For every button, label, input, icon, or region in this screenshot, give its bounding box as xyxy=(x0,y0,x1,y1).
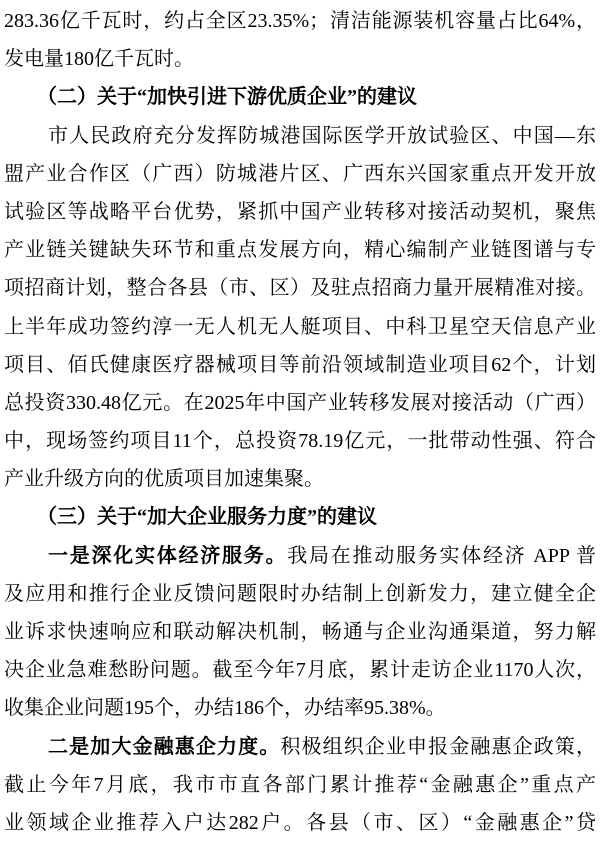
text-segment: 及应用和推行企业反馈问题限时办结制上创新发力，建立健全企 xyxy=(4,583,596,605)
text-segment: 产业链关键缺失环节和重点发展方向，精心编制产业链图谱与专 xyxy=(4,239,596,261)
text-segment: 决企业急难愁盼问题。截至今年7月底，累计走访企业1170人次， xyxy=(4,659,596,681)
text-line: 283.36亿千瓦时，约占全区23.35%；清洁能源装机容量占比64%， xyxy=(4,2,596,40)
text-segment: 总投资330.48亿元。在2025年中国产业转移发展对接活动（广西） xyxy=(4,392,596,414)
text-segment: 283.36亿千瓦时，约占全区23.35%；清洁能源装机容量占比64%， xyxy=(4,10,596,32)
text-line: 产业链关键缺失环节和重点发展方向，精心编制产业链图谱与专 xyxy=(4,231,596,269)
text-line: 上半年成功签约淳一无人机无人艇项目、中科卫星空天信息产业 xyxy=(4,308,596,346)
text-line: 业领域企业推荐入户达282户。各县（市、区）“金融惠企”贷 xyxy=(4,804,596,842)
text-segment: 中，现场签约项目11个，总投资78.19亿元，一批带动性强、符合 xyxy=(4,430,596,452)
text-line: 项目、佰氏健康医疗器械项目等前沿领域制造业项目62个，计划 xyxy=(4,346,596,384)
bold-text-segment: （三）关于“加大企业服务力度”的建议 xyxy=(37,506,377,528)
section-heading: （二）关于“加快引进下游优质企业”的建议 xyxy=(4,78,596,116)
bold-text-segment: 一是深化实体经济服务。 xyxy=(48,545,287,567)
text-segment: 发电量180亿千瓦时。 xyxy=(4,48,194,70)
text-line: 决企业急难愁盼问题。截至今年7月底，累计走访企业1170人次， xyxy=(4,651,596,689)
text-segment: 盟产业合作区（广西）防城港片区、广西东兴国家重点开发开放 xyxy=(4,163,596,185)
bold-text-segment: （二）关于“加快引进下游优质企业”的建议 xyxy=(37,86,417,108)
text-line: 中，现场签约项目11个，总投资78.19亿元，一批带动性强、符合 xyxy=(4,422,596,460)
text-segment: 业领域企业推荐入户达282户。各县（市、区）“金融惠企”贷 xyxy=(4,812,596,834)
document-body: 283.36亿千瓦时，约占全区23.35%；清洁能源装机容量占比64%，发电量1… xyxy=(4,2,596,842)
text-segment: 积极组织企业申报金融惠企政策， xyxy=(280,736,596,758)
text-segment: 业诉求快速响应和联动解决机制，畅通与企业沟通渠道，努力解 xyxy=(4,621,596,643)
text-segment: 市人民政府充分发挥防城港国际医学开放试验区、中国—东 xyxy=(48,125,596,147)
text-segment: 上半年成功签约淳一无人机无人艇项目、中科卫星空天信息产业 xyxy=(4,316,596,338)
text-line: 发电量180亿千瓦时。 xyxy=(4,40,596,78)
text-segment: 试验区等战略平台优势，紧抓中国产业转移对接活动契机，聚焦 xyxy=(4,201,596,223)
text-line: 总投资330.48亿元。在2025年中国产业转移发展对接活动（广西） xyxy=(4,384,596,422)
text-segment: 项目、佰氏健康医疗器械项目等前沿领域制造业项目62个，计划 xyxy=(4,354,596,376)
text-line: 业诉求快速响应和联动解决机制，畅通与企业沟通渠道，努力解 xyxy=(4,613,596,651)
document-page: 283.36亿千瓦时，约占全区23.35%；清洁能源装机容量占比64%，发电量1… xyxy=(0,0,603,844)
text-line: 二是加大金融惠企力度。积极组织企业申报金融惠企政策， xyxy=(4,728,596,766)
text-line: 市人民政府充分发挥防城港国际医学开放试验区、中国—东 xyxy=(4,117,596,155)
text-line: 及应用和推行企业反馈问题限时办结制上创新发力，建立健全企 xyxy=(4,575,596,613)
text-segment: 产业升级方向的优质项目加速集聚。 xyxy=(4,468,324,490)
text-segment: 项招商计划，整合各县（市、区）及驻点招商力量开展精准对接。 xyxy=(4,277,596,299)
bold-text-segment: 二是加大金融惠企力度。 xyxy=(48,736,280,758)
text-line: 截止今年7月底，我市市直各部门累计推荐“金融惠企”重点产 xyxy=(4,766,596,804)
text-line: 产业升级方向的优质项目加速集聚。 xyxy=(4,460,596,498)
text-line: 盟产业合作区（广西）防城港片区、广西东兴国家重点开发开放 xyxy=(4,155,596,193)
text-line: 收集企业问题195个，办结186个，办结率95.38%。 xyxy=(4,689,596,727)
text-line: 项招商计划，整合各县（市、区）及驻点招商力量开展精准对接。 xyxy=(4,269,596,307)
text-line: 试验区等战略平台优势，紧抓中国产业转移对接活动契机，聚焦 xyxy=(4,193,596,231)
text-segment: 截止今年7月底，我市市直各部门累计推荐“金融惠企”重点产 xyxy=(4,774,596,796)
text-segment: 我局在推动服务实体经济 APP 普 xyxy=(287,545,596,567)
text-segment: 收集企业问题195个，办结186个，办结率95.38%。 xyxy=(4,697,446,719)
text-line: 一是深化实体经济服务。我局在推动服务实体经济 APP 普 xyxy=(4,537,596,575)
section-heading: （三）关于“加大企业服务力度”的建议 xyxy=(4,498,596,536)
